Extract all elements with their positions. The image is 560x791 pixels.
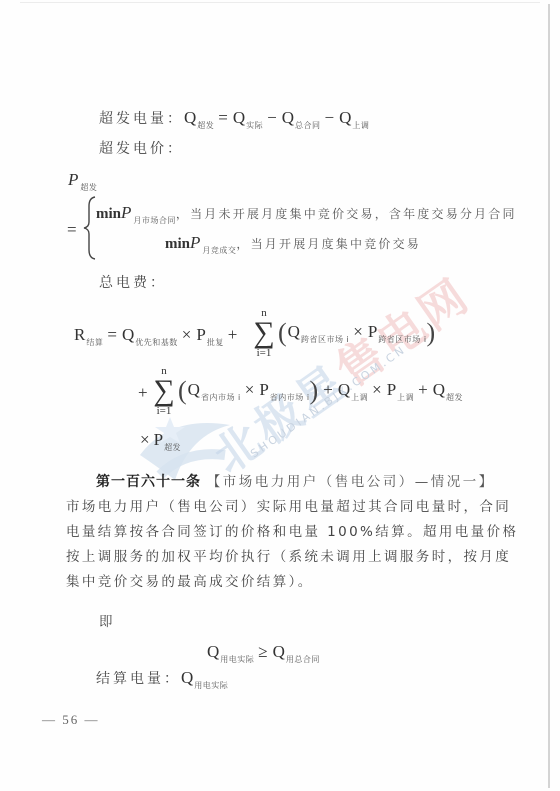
function: min	[165, 236, 190, 252]
page-number: — 56 —	[42, 712, 100, 728]
subscript: 用电实际	[220, 655, 254, 664]
var: Q	[188, 380, 200, 399]
subscript: 实际	[246, 121, 263, 130]
operator: +	[228, 325, 239, 344]
label: 超发电价：	[99, 141, 184, 157]
subscript: 省内市场 i	[201, 393, 241, 402]
over-generation-quantity-line: 超发电量：Q超发=Q实际−Q总合同−Q上调	[99, 108, 369, 136]
sigma-icon: ∑	[153, 377, 175, 405]
watermark-part-blue: 北极星	[203, 353, 357, 483]
var: P	[154, 430, 163, 449]
var: P	[259, 380, 268, 399]
var: Q	[207, 642, 219, 661]
article-title: 【市场电力用户（售电公司）—情况一】	[207, 474, 495, 490]
var: P	[196, 325, 205, 344]
var: Q	[339, 108, 351, 127]
var: P	[368, 322, 377, 341]
var: Q	[288, 322, 300, 341]
operator: +	[138, 383, 149, 402]
operator: =	[67, 220, 78, 239]
summation-1: n ∑ i=1	[253, 307, 275, 359]
paren: (	[278, 318, 288, 347]
subscript: 用总合同	[286, 655, 320, 664]
page-top-edge	[20, 2, 540, 3]
function: min	[96, 206, 121, 222]
subscript: 优先和基数	[135, 338, 178, 347]
document-page: 北极星售电网 SHOUDIAN.BJX.COM.CN 超发电量：Q超发=Q实际−…	[0, 0, 560, 791]
var: Q	[181, 668, 193, 687]
operator: =	[107, 325, 118, 344]
condition-formula: Q用电实际≥Q用总合同	[207, 642, 320, 670]
var: P	[190, 233, 201, 252]
price-case-2: minP月竞成交，当月开展月度集中竞价交易	[165, 233, 421, 261]
article-number: 第一百六十一条	[96, 474, 201, 490]
subscript: 批复	[207, 338, 224, 347]
var: P	[68, 170, 79, 189]
subscript: 超发	[197, 121, 214, 130]
subscript: 上调	[351, 393, 368, 402]
label: 超发电量：	[99, 111, 184, 127]
article-body-line-3: 按上调服务的加权平均价执行（系统未调用上调服务时，按月度	[66, 547, 511, 567]
total-formula-row-1-sum-body: (Q跨省区市场 i×P跨省区市场 i)	[278, 322, 436, 350]
var: R	[74, 325, 85, 344]
var: Q	[233, 108, 245, 127]
subscript: 跨省区市场 i	[301, 335, 349, 344]
operator: −	[325, 108, 336, 127]
sigma-icon: ∑	[253, 319, 275, 347]
subscript: 上调	[397, 393, 414, 402]
over-generation-price-label: 超发电价：	[99, 138, 184, 159]
article-body-line-2: 电量结算按各合同签订的价格和电量 100%结算。超用电量价格	[66, 522, 518, 542]
price-case-1: minP月市场合同，当月未开展月度集中竞价交易，含年度交易分月合同	[96, 203, 517, 231]
subscript: 省内市场 i	[270, 393, 310, 402]
article-heading: 第一百六十一条 【市场电力用户（售电公司）—情况一】	[96, 471, 495, 492]
subscript: 超发	[80, 183, 97, 192]
page-right-edge	[548, 4, 550, 788]
var: Q	[184, 108, 196, 127]
total-formula-row-2-plus: +	[138, 383, 149, 403]
left-brace-icon	[83, 196, 97, 260]
var: Q	[122, 325, 134, 344]
subscript: 超发	[446, 393, 463, 402]
paren: (	[178, 376, 188, 405]
summation-2: n ∑ i=1	[153, 365, 175, 417]
paren: )	[427, 318, 437, 347]
operator: ×	[245, 380, 256, 399]
label: 结算电量：	[96, 671, 181, 687]
total-formula-row-3: ×P超发	[140, 430, 181, 458]
subscript: 超发	[164, 443, 181, 452]
watermark-text-cn: 北极星售电网	[198, 260, 482, 486]
operator: ×	[353, 322, 364, 341]
operator: −	[267, 108, 278, 127]
subscript: 跨省区市场 i	[378, 335, 426, 344]
subscript: 月竞成交	[202, 246, 236, 255]
price-lhs: P超发	[68, 170, 97, 198]
total-formula-row-1: R结算=Q优先和基数×P批复+	[74, 325, 242, 353]
var: Q	[273, 642, 285, 661]
operator: ×	[182, 325, 193, 344]
operator: =	[218, 108, 229, 127]
var: P	[121, 203, 132, 222]
subscript: 结算	[86, 338, 103, 347]
article-body-line-1: 市场电力用户（售电公司）实际用电量超过其合同电量时，合同	[66, 497, 511, 517]
price-equals: =	[67, 220, 78, 240]
operator: +	[323, 380, 334, 399]
settlement-quantity-line: 结算电量：Q用电实际	[96, 668, 228, 696]
paren: )	[310, 376, 320, 405]
var: Q	[433, 380, 445, 399]
operator: ×	[372, 380, 383, 399]
var: Q	[338, 380, 350, 399]
label: 总电费：	[99, 275, 167, 291]
article-body-line-4: 集中竞价交易的最高成交价结算）。	[66, 572, 314, 592]
subscript: 月市场合同	[133, 216, 176, 225]
total-fee-label: 总电费：	[99, 272, 167, 293]
operator: +	[418, 380, 429, 399]
condition: ，当月未开展月度集中竞价交易，含年度交易分月合同	[176, 207, 517, 221]
subscript: 用电实际	[194, 681, 228, 690]
total-formula-row-2: (Q省内市场 i×P省内市场 i)+Q上调×P上调+Q超发	[178, 380, 463, 408]
subscript: 总合同	[295, 121, 321, 130]
var: P	[387, 380, 396, 399]
ji-label: 即	[99, 612, 115, 632]
subscript: 上调	[352, 121, 369, 130]
operator: ×	[140, 430, 151, 449]
operator: ≥	[258, 642, 268, 661]
condition: ，当月开展月度集中竞价交易	[236, 237, 421, 251]
var: Q	[282, 108, 294, 127]
